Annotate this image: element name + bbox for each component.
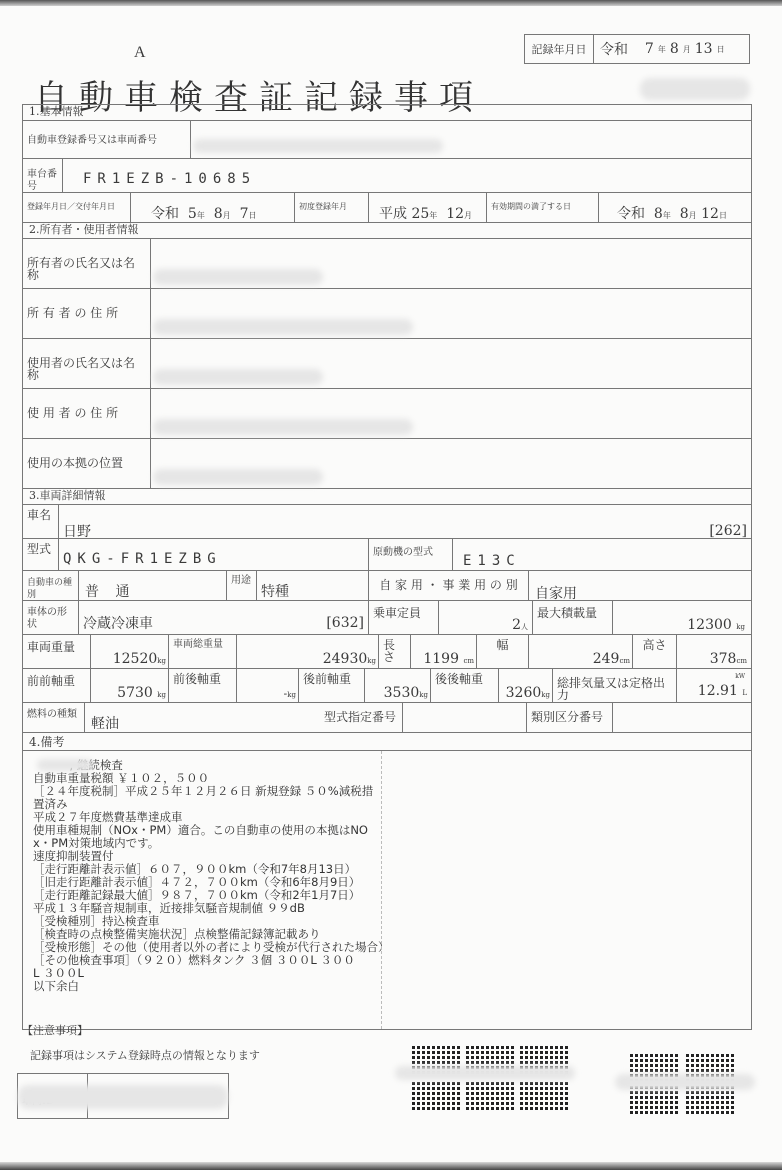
weight-label: 車両重量	[23, 635, 91, 668]
length-value: 1199	[423, 651, 459, 667]
day: 12	[701, 206, 719, 222]
width-cell: 249cm	[529, 635, 633, 668]
rf-axle-label: 後前軸重	[299, 669, 365, 702]
use-value: 特種	[261, 581, 289, 601]
capacity-number: 2	[512, 617, 521, 633]
unit: kg	[736, 623, 745, 631]
unit: cm	[463, 657, 474, 665]
month: 12	[446, 206, 464, 222]
year: 5	[188, 206, 197, 222]
category-row: 自動車の種別 普 通 用途 特種 自 家 用 ・ 事 業 用 の 別 自家用	[23, 571, 751, 601]
length-cell: 1199 cm	[411, 635, 477, 668]
chassis-label: 車台番号	[23, 159, 63, 192]
unit: 月	[223, 211, 231, 220]
era: 令和	[151, 206, 179, 222]
body-label: 車体の形状	[23, 601, 79, 634]
owner-info-row: 使用者の氏名又は名称	[23, 339, 751, 389]
max-load-value: 12300 kg	[687, 617, 745, 633]
month: 8	[214, 206, 223, 222]
reg-date-label: 登録年月日／交付年月日	[23, 193, 131, 222]
ff-axle-label: 前前軸重	[23, 669, 91, 702]
rr-axle-cell: 3260kg	[499, 669, 553, 702]
unit: kg	[157, 691, 166, 699]
redaction	[193, 139, 443, 153]
fr-axle-cell: -kg	[237, 669, 299, 702]
section-heading: 3.車両詳細情報	[23, 489, 751, 505]
era: 平成	[379, 206, 407, 222]
fuel-row: 燃料の種類 軽油 型式指定番号 類別区分番号	[23, 703, 751, 733]
expiry-label: 有効期間の満了する日	[487, 193, 599, 222]
section-heading: 4.備考	[23, 733, 751, 751]
axle-row: 前前軸重 5730 kg 前後軸重 -kg 後前軸重 3530kg 後後軸重 3…	[23, 669, 751, 703]
day: 13	[695, 41, 713, 57]
unit: 日	[719, 211, 727, 220]
category-cell: 普 通	[79, 571, 227, 600]
width-value: 249	[593, 651, 620, 667]
type-designation-label: 型式指定番号	[320, 707, 400, 727]
redaction	[640, 78, 750, 100]
private-label: 自 家 用 ・ 事 業 用 の 別	[369, 571, 529, 600]
expiry-value: 令和 8年 8月 12日	[617, 203, 727, 223]
unit: kg	[157, 657, 166, 665]
record-table: 1.基本情報 自動車登録番号又は車両番号 車台番号 FR1EZB-10685 登…	[22, 104, 752, 1030]
body-code: [632]	[326, 615, 364, 631]
unit: 年	[658, 44, 666, 55]
form-mark: A	[134, 44, 146, 62]
ff-axle-cell: 5730 kg	[91, 669, 169, 702]
unit: 年	[663, 211, 671, 220]
owner-info-label: 使用の本拠の位置	[23, 439, 151, 488]
car-name-code: [262]	[709, 523, 747, 539]
model-value-cell: QKG-FR1EZBG	[59, 539, 369, 570]
year: 8	[654, 206, 663, 222]
month: 8	[670, 41, 679, 57]
owner-info-row: 所有者の氏名又は名称	[23, 239, 751, 289]
ff-axle-value: 5730	[117, 685, 153, 701]
car-name-row: 車名 日野 [262]	[23, 505, 751, 539]
height-label: 高さ	[633, 635, 677, 668]
capacity-cell: 2人	[439, 601, 533, 634]
reg-date-value: 令和 5年 8月 7日	[131, 193, 295, 222]
redaction	[37, 759, 93, 771]
year: 7	[645, 41, 654, 57]
unit: kg	[367, 657, 376, 665]
remarks-text: , 継続検査 自動車重量税額 ￥１０２，５００ ［２４年度税制］平成２５年１２月…	[33, 759, 390, 993]
kw-unit: kW	[735, 673, 745, 680]
owner-info-row: 使 用 者 の 住 所	[23, 389, 751, 439]
record-date-label: 記録年月日	[525, 35, 594, 63]
redaction	[153, 319, 413, 335]
owner-info-label: 所有者の氏名又は名称	[23, 239, 151, 288]
remarks-area: , 継続検査 自動車重量税額 ￥１０２，５００ ［２４年度税制］平成２５年１２月…	[23, 751, 751, 1029]
rf-axle-cell: 3530kg	[365, 669, 431, 702]
displacement-value: 12.91	[698, 683, 738, 699]
car-name-value: 日野	[63, 521, 91, 541]
car-name-label: 車名	[23, 505, 59, 538]
first-reg-value: 平成 25年 12月	[369, 193, 487, 222]
use-cell: 特種	[257, 571, 369, 600]
capacity-value: 2人	[512, 617, 528, 633]
record-date-value: 令和 7年 8月 13日	[594, 35, 749, 63]
unit: 年	[197, 211, 205, 220]
notes-heading: 【注意事項】	[22, 1022, 88, 1038]
use-label: 用途	[227, 571, 257, 600]
era: 令和	[600, 39, 628, 59]
owner-info-label: 所 有 者 の 住 所	[23, 289, 151, 338]
unit: 日	[248, 211, 256, 220]
dates-row: 登録年月日／交付年月日 令和 5年 8月 7日 初度登録年月 平成 25年 12…	[23, 193, 751, 223]
rr-axle-value: 3260	[506, 685, 542, 701]
redaction	[153, 269, 323, 285]
unit: 月	[683, 44, 691, 55]
redaction	[153, 419, 413, 435]
month: 8	[680, 206, 689, 222]
chassis-value: FR1EZB-10685	[83, 171, 256, 187]
private-value: 自家用	[535, 583, 577, 603]
gross-label: 車両総重量	[169, 635, 237, 668]
dimensions-row: 車両重量 12520kg 車両総重量 24930kg 長さ 1199 cm 幅 …	[23, 635, 751, 669]
owner-info-row: 所 有 者 の 住 所	[23, 289, 751, 339]
record-date-box: 記録年月日 令和 7年 8月 13日	[524, 34, 750, 64]
category-label: 自動車の種別	[23, 571, 79, 600]
model-row: 型式 QKG-FR1EZBG 原動機の型式 E13C	[23, 539, 751, 571]
model-value: QKG-FR1EZBG	[63, 551, 222, 567]
unit: cm	[619, 657, 630, 665]
gross-cell: 24930kg	[237, 635, 379, 668]
redaction	[18, 1085, 228, 1109]
gross-value: 24930	[323, 651, 368, 667]
chassis-row: 車台番号 FR1EZB-10685	[23, 159, 751, 193]
owner-info-label: 使用者の氏名又は名称	[23, 339, 151, 388]
engine-value: E13C	[463, 553, 521, 569]
fuel-cell: 軽油 型式指定番号	[85, 703, 403, 732]
category-value: 普 通	[85, 581, 135, 601]
fuel-label: 燃料の種類	[23, 703, 85, 732]
unit: cm	[736, 657, 747, 665]
length-label: 長さ	[379, 635, 411, 668]
unit: kg	[541, 691, 550, 699]
reg-number-label: 自動車登録番号又は車両番号	[23, 121, 191, 158]
unit: kg	[287, 691, 296, 699]
model-label: 型式	[23, 539, 59, 570]
unit: L	[742, 689, 747, 697]
height-value: 378	[710, 651, 737, 667]
weight-cell: 12520kg	[91, 635, 169, 668]
redaction	[153, 469, 323, 485]
rr-axle-label: 後後軸重	[431, 669, 499, 702]
year: 25	[411, 206, 429, 222]
redaction	[615, 1074, 755, 1090]
body-value: 冷蔵冷凍車	[83, 613, 153, 633]
fr-axle-label: 前後軸重	[169, 669, 237, 702]
unit: 月	[464, 211, 472, 220]
era: 令和	[617, 206, 645, 222]
unit: 年	[429, 211, 437, 220]
body-row: 車体の形状 冷蔵冷凍車 [632] 乗車定員 2人 最大積載量 12300 kg	[23, 601, 751, 635]
section-heading: 2.所有者・使用者情報	[23, 223, 751, 239]
body-cell: 冷蔵冷凍車 [632]	[79, 601, 369, 634]
owner-info-label: 使 用 者 の 住 所	[23, 389, 151, 438]
unit: 月	[689, 211, 697, 220]
max-load-number: 12300	[687, 617, 732, 633]
capacity-label: 乗車定員	[369, 601, 439, 634]
column-divider	[381, 751, 382, 1029]
owner-info-row: 使用の本拠の位置	[23, 439, 751, 489]
section-heading: 1.基本情報	[23, 105, 751, 121]
reg-number-row: 自動車登録番号又は車両番号	[23, 121, 751, 159]
width-label: 幅	[477, 635, 529, 668]
unit: kg	[419, 691, 428, 699]
displacement-label: 総排気量又は定格出力	[553, 669, 677, 702]
engine-label: 原動機の型式	[369, 539, 453, 570]
max-load-label: 最大積載量	[533, 601, 613, 634]
unit: 日	[717, 44, 725, 55]
unit: 人	[521, 623, 528, 631]
rf-axle-value: 3530	[384, 685, 420, 701]
fuel-value: 軽油	[91, 713, 119, 733]
redaction	[153, 369, 323, 385]
type-designation-value	[403, 703, 527, 732]
notes-text: 記録事項はシステム登録時点の情報となります	[30, 1047, 260, 1063]
scan-edge-bottom	[0, 1162, 782, 1170]
category-number-label: 類別区分番号	[527, 703, 613, 732]
first-reg-label: 初度登録年月	[295, 193, 369, 222]
weight-value: 12520	[113, 651, 158, 667]
redaction	[395, 1066, 575, 1080]
